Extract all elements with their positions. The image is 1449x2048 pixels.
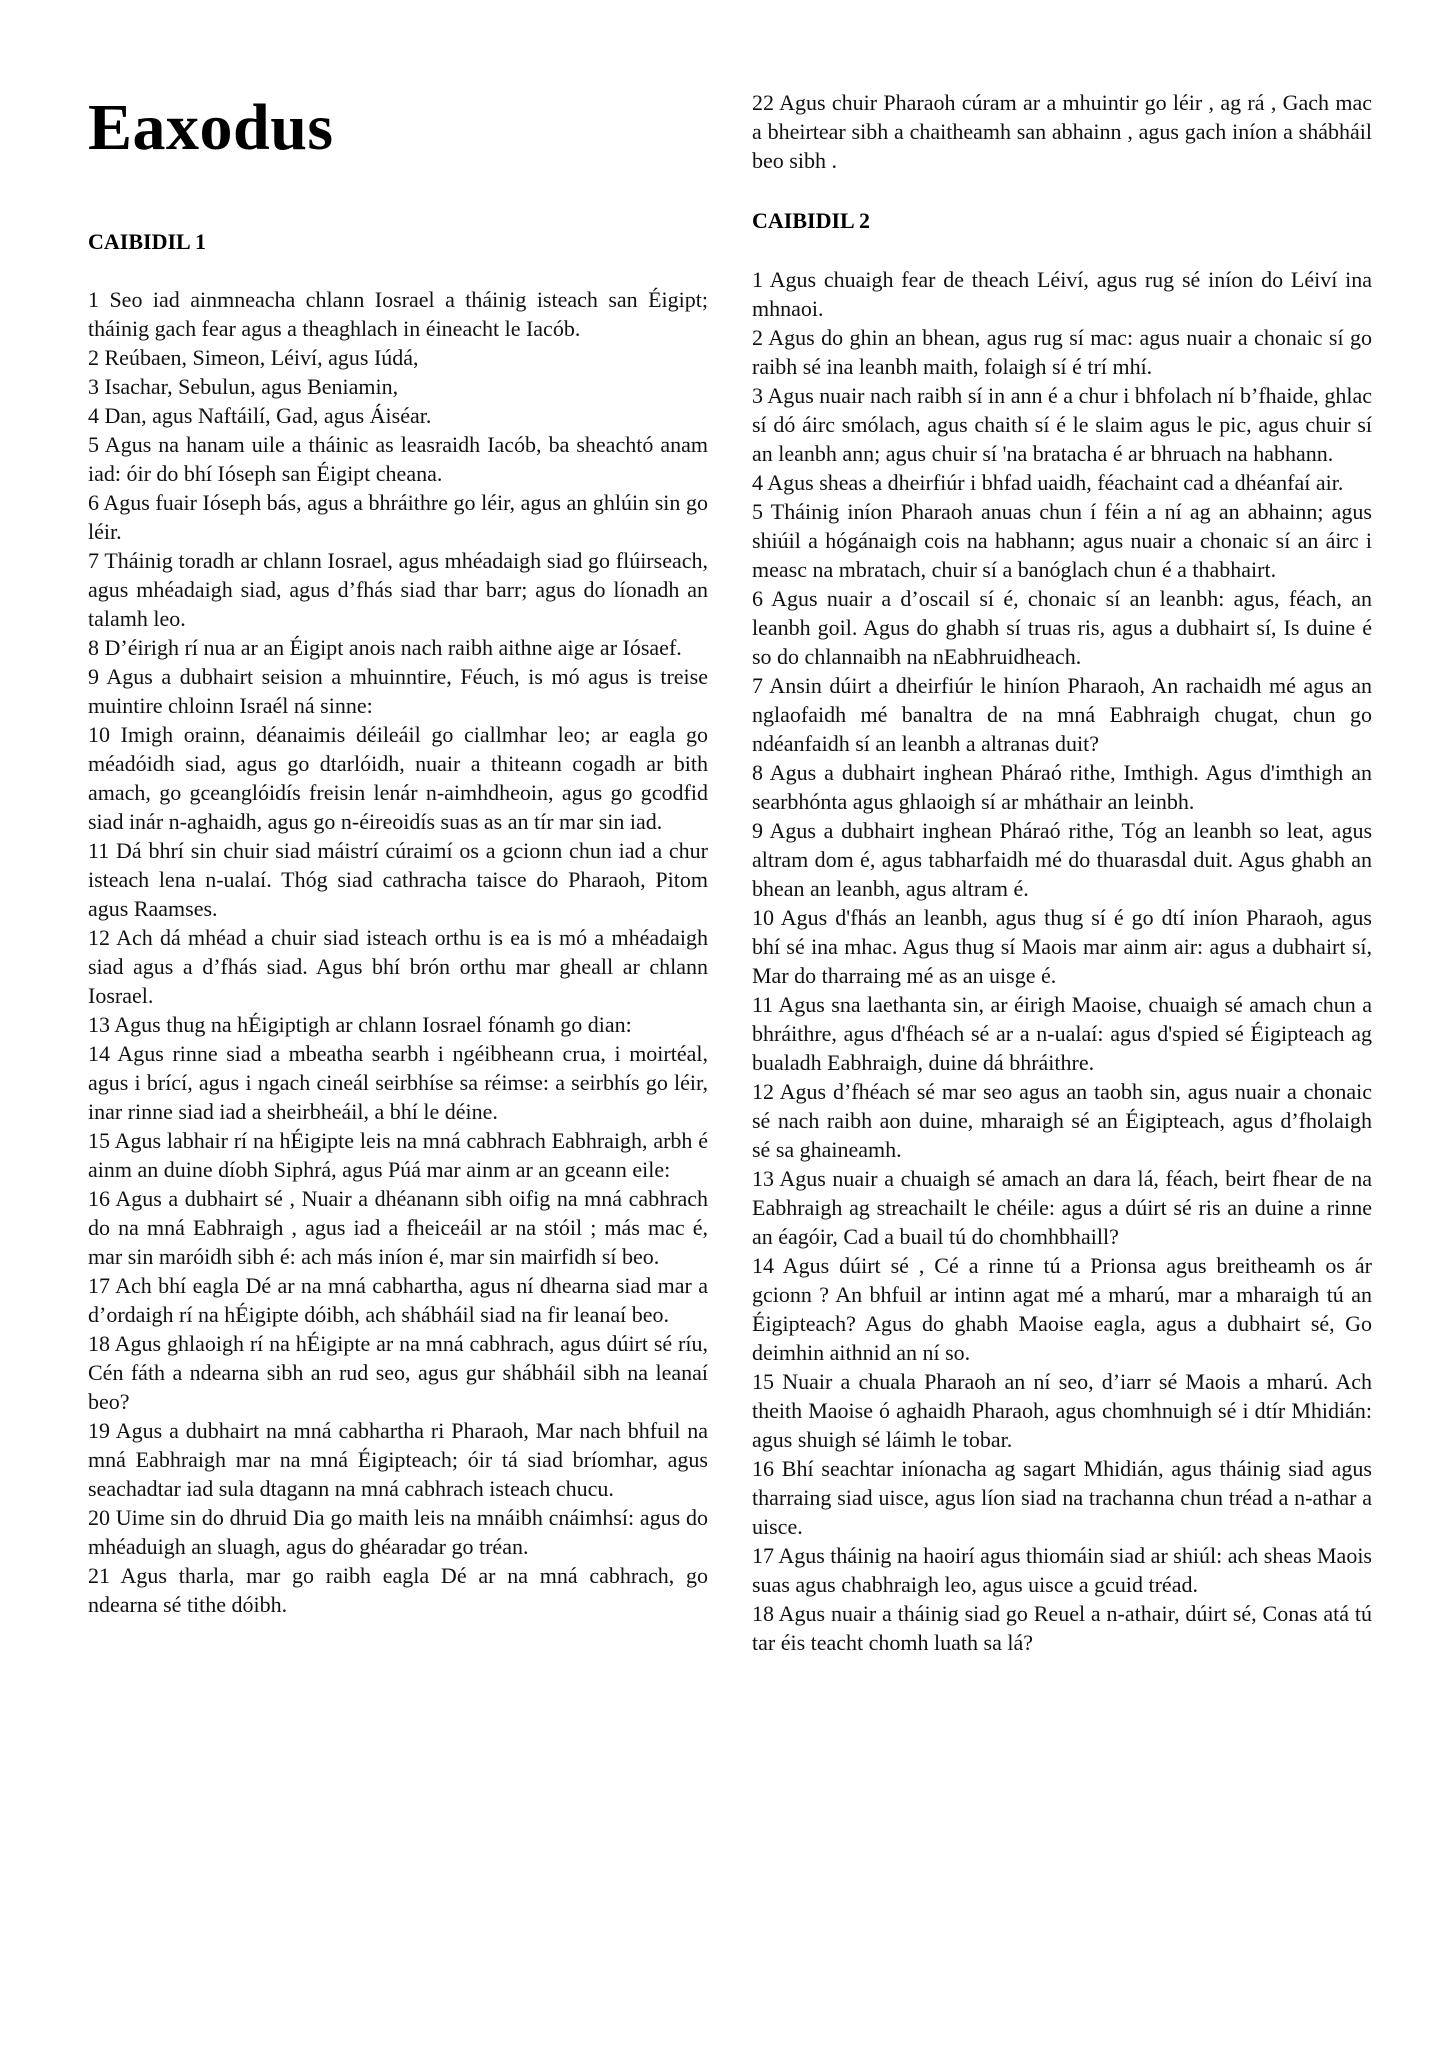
verse: 9 Agus a dubhairt seision a mhuinntire, …	[88, 662, 708, 720]
verse: 18 Agus ghlaoigh rí na hÉigipte ar na mn…	[88, 1329, 708, 1416]
verse: 15 Agus labhair rí na hÉigipte leis na m…	[88, 1126, 708, 1184]
document-title: Eaxodus	[88, 88, 334, 168]
verse: 14 Agus rinne siad a mbeatha searbh i ng…	[88, 1039, 708, 1126]
verse: 2 Agus do ghin an bhean, agus rug sí mac…	[752, 323, 1372, 381]
verse: 9 Agus a dubhairt inghean Pháraó rithe, …	[752, 816, 1372, 903]
verse: 8 Agus a dubhairt inghean Pháraó rithe, …	[752, 758, 1372, 816]
verse: 18 Agus nuair a tháinig siad go Reuel a …	[752, 1599, 1372, 1657]
verse: 12 Ach dá mhéad a chuir siad isteach ort…	[88, 923, 708, 1010]
verse: 3 Isachar, Sebulun, agus Beniamin,	[88, 372, 708, 401]
chapter-2-heading: CAIBIDIL 2	[752, 207, 870, 235]
chapter-1-verses-continued: 22 Agus chuir Pharaoh cúram ar a mhuinti…	[752, 88, 1372, 175]
verse: 5 Tháinig iníon Pharaoh anuas chun í féi…	[752, 497, 1372, 584]
verse: 7 Ansin dúirt a dheirfiúr le hiníon Phar…	[752, 671, 1372, 758]
verse: 7 Tháinig toradh ar chlann Iosrael, agus…	[88, 546, 708, 633]
chapter-1-verses: 1 Seo iad ainmneacha chlann Iosrael a th…	[88, 285, 708, 1619]
verse: 13 Agus thug na hÉigiptigh ar chlann Ios…	[88, 1010, 708, 1039]
verse: 14 Agus dúirt sé , Cé a rinne tú a Prion…	[752, 1251, 1372, 1367]
chapter-2-verses: 1 Agus chuaigh fear de theach Léiví, agu…	[752, 265, 1372, 1657]
verse: 6 Agus fuair Ióseph bás, agus a bhráithr…	[88, 488, 708, 546]
verse: 1 Seo iad ainmneacha chlann Iosrael a th…	[88, 285, 708, 343]
chapter-1-heading: CAIBIDIL 1	[88, 228, 206, 256]
verse: 6 Agus nuair a d’oscail sí é, chonaic sí…	[752, 584, 1372, 671]
verse: 19 Agus a dubhairt na mná cabhartha ri P…	[88, 1416, 708, 1503]
verse: 3 Agus nuair nach raibh sí in ann é a ch…	[752, 381, 1372, 468]
verse: 8 D’éirigh rí nua ar an Éigipt anois nac…	[88, 633, 708, 662]
verse: 4 Agus sheas a dheirfiúr i bhfad uaidh, …	[752, 468, 1372, 497]
verse: 2 Reúbaen, Simeon, Léiví, agus Iúdá,	[88, 343, 708, 372]
verse: 10 Imigh orainn, déanaimis déileáil go c…	[88, 720, 708, 836]
verse: 15 Nuair a chuala Pharaoh an ní seo, d’i…	[752, 1367, 1372, 1454]
verse: 16 Agus a dubhairt sé , Nuair a dhéanann…	[88, 1184, 708, 1271]
verse: 11 Agus sna laethanta sin, ar éirigh Mao…	[752, 990, 1372, 1077]
verse: 20 Uime sin do dhruid Dia go maith leis …	[88, 1503, 708, 1561]
verse: 5 Agus na hanam uile a tháinic as leasra…	[88, 430, 708, 488]
verse: 17 Ach bhí eagla Dé ar na mná cabhartha,…	[88, 1271, 708, 1329]
verse: 22 Agus chuir Pharaoh cúram ar a mhuinti…	[752, 88, 1372, 175]
verse: 11 Dá bhrí sin chuir siad máistrí cúraim…	[88, 836, 708, 923]
verse: 17 Agus tháinig na haoirí agus thiomáin …	[752, 1541, 1372, 1599]
document-page: Eaxodus CAIBIDIL 1 1 Seo iad ainmneacha …	[0, 0, 1449, 2048]
verse: 4 Dan, agus Naftáilí, Gad, agus Áiséar.	[88, 401, 708, 430]
verse: 12 Agus d’fhéach sé mar seo agus an taob…	[752, 1077, 1372, 1164]
verse: 13 Agus nuair a chuaigh sé amach an dara…	[752, 1164, 1372, 1251]
verse: 16 Bhí seachtar iníonacha ag sagart Mhid…	[752, 1454, 1372, 1541]
verse: 21 Agus tharla, mar go raibh eagla Dé ar…	[88, 1561, 708, 1619]
verse: 1 Agus chuaigh fear de theach Léiví, agu…	[752, 265, 1372, 323]
verse: 10 Agus d'fhás an leanbh, agus thug sí é…	[752, 903, 1372, 990]
